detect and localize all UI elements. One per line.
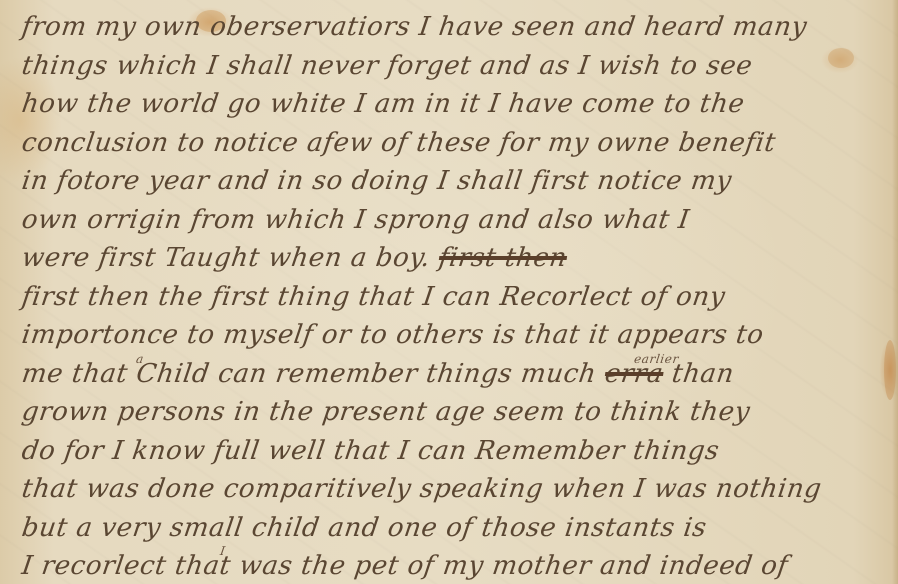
text-line-2: things which I shall never forget and as… — [19, 47, 898, 86]
text-line-14: but a very small child and one of those … — [19, 509, 898, 548]
text-line-5: in fotore year and in so doing I shall f… — [19, 162, 898, 201]
text-line-7: were first Taught when a boy. first then — [19, 239, 898, 278]
line-text: I recorlect that was the pet of my mothe… — [20, 551, 790, 581]
text-line-11: grown persons in the present age seem to… — [19, 393, 898, 432]
line-text-after: than — [670, 359, 736, 389]
struck-text: first then — [437, 243, 569, 273]
text-line-3: how the world go white I am in it I have… — [19, 85, 898, 124]
handwritten-text: from my own oberservatiors I have seen a… — [22, 8, 898, 584]
line-text: me that Child can remember things much — [20, 359, 598, 389]
text-line-12: do for I know full well that I can Remem… — [19, 432, 898, 471]
text-line-1: from my own oberservatiors I have seen a… — [19, 8, 898, 47]
manuscript-page: from my own oberservatiors I have seen a… — [0, 0, 898, 584]
text-line-6: own orrigin from which I sprong and also… — [19, 201, 898, 240]
text-line-15: I I recorlect that was the pet of my mot… — [19, 547, 898, 584]
text-line-10: a earlier me that Child can remember thi… — [19, 355, 898, 394]
text-line-9: importonce to myself or to others is tha… — [19, 316, 898, 355]
inserted-word: a — [135, 353, 144, 365]
inserted-word: earlier — [633, 353, 679, 365]
text-line-4: conclusion to notice afew of these for m… — [19, 124, 898, 163]
text-line-8: first then the first thing that I can Re… — [19, 278, 898, 317]
text-line-13: that was done comparitively speaking whe… — [19, 470, 898, 509]
line-text: were first Taught when a boy. — [20, 243, 432, 273]
